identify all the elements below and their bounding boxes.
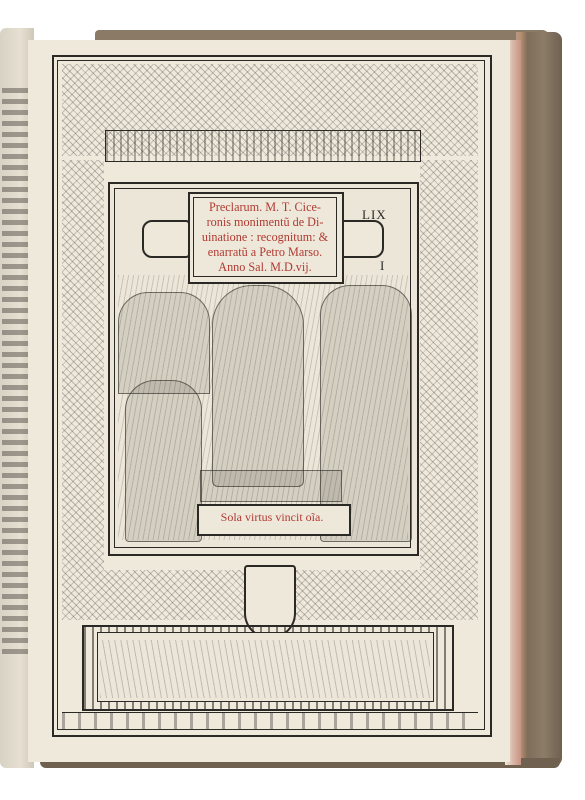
title-line: Preclarum. M. T. Cice- [196,200,334,215]
enthroned-crowned-figure [212,285,304,487]
title-line: enarratũ a Petro Marso. [196,245,334,260]
signature-mark: I [380,258,384,274]
motto-text: Sola virtus vincit oĩa. [200,510,344,525]
title-line: Anno Sal. M.D.vij. [196,260,334,275]
architectural-frieze [105,130,421,162]
title-text: Preclarum. M. T. Cice- ronis monimentũ d… [196,200,334,275]
title-line: uinatione : recognitum: & [196,230,334,245]
border-base-ornament [62,712,478,729]
cartouche-left-wing [142,220,190,258]
left-candelabra-ornament [62,160,104,570]
throne-dais [200,470,342,502]
tritons-nereids-scene [100,640,430,698]
folio-number: LIX [362,207,387,223]
title-line: ronis monimentũ de Di- [196,215,334,230]
right-candelabra-ornament [420,160,478,570]
right-board-edge [516,32,562,766]
courtiers-left-figures [118,292,210,394]
kneeling-presenter-figure [125,380,202,542]
